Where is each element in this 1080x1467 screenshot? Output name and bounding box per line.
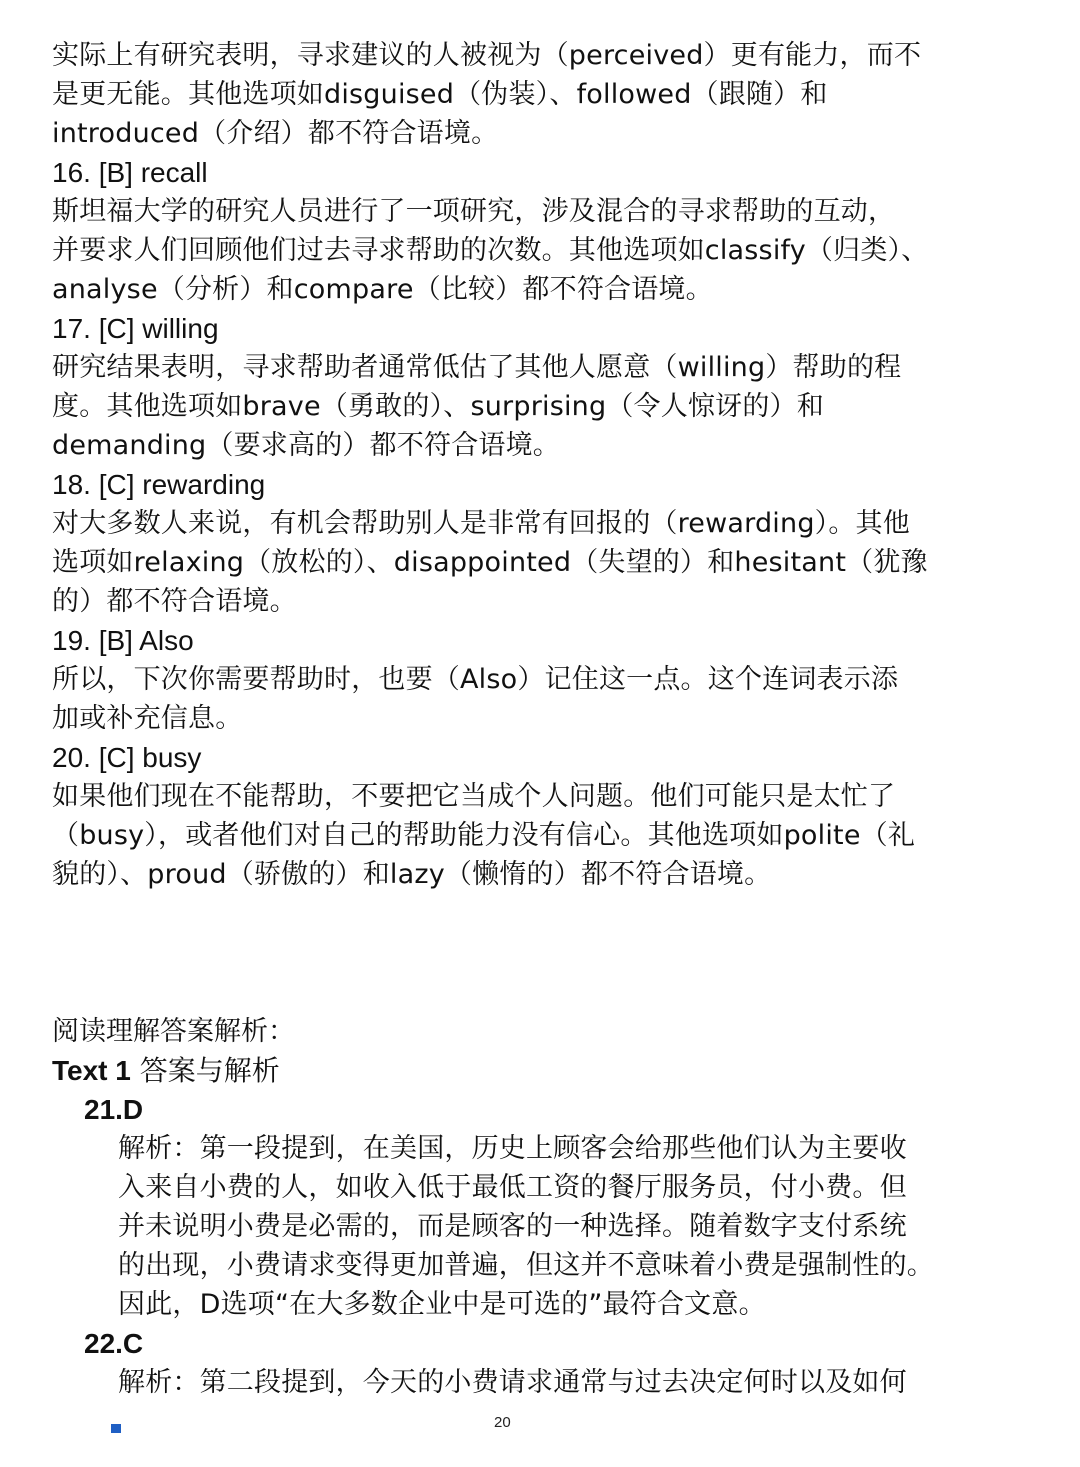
text-1-subtitle: 答案与解析 (131, 1054, 280, 1087)
section-title: 阅读理解答案解析： (52, 1012, 1042, 1051)
paragraph-line: 貌的）、proud（骄傲的）和lazy（懒惰的）都不符合语境。 (52, 855, 1042, 894)
answer-explanation-21: 解析：第一段提到，在美国，历史上顾客会给那些他们认为主要收 入来自小费的人，如收… (52, 1129, 1042, 1324)
answer-header-22: 22.C (52, 1324, 1042, 1363)
paragraph-line: 度。其他选项如brave（勇敢的）、surprising（令人惊讶的）和 (52, 387, 1042, 426)
question-header-16: 16. [B] recall (52, 153, 1042, 192)
question-explanation-18: 对大多数人来说，有机会帮助别人是非常有回报的（rewarding）。其他 选项如… (52, 504, 1042, 621)
question-header-19: 19. [B] Also (52, 621, 1042, 660)
text-1-title: Text 1 答案与解析 (52, 1051, 1042, 1090)
document-page: 实际上有研究表明，寻求建议的人被视为（perceived）更有能力，而不 是更无… (52, 36, 1042, 1402)
paragraph-line: 选项如relaxing（放松的）、disappointed（失望的）和hesit… (52, 543, 1042, 582)
paragraph-line: 并要求人们回顾他们过去寻求帮助的次数。其他选项如classify（归类）、 (52, 231, 1042, 270)
answer-explanation-22: 解析：第二段提到，今天的小费请求通常与过去决定何时以及如何 (52, 1363, 1042, 1402)
question-header-18: 18. [C] rewarding (52, 465, 1042, 504)
paragraph-line: 加或补充信息。 (52, 699, 1042, 738)
paragraph-line: 实际上有研究表明，寻求建议的人被视为（perceived）更有能力，而不 (52, 36, 1042, 75)
paragraph-line: （busy），或者他们对自己的帮助能力没有信心。其他选项如polite（礼 (52, 816, 1042, 855)
paragraph-line: introduced（介绍）都不符合语境。 (52, 114, 1042, 153)
paragraph-line: 斯坦福大学的研究人员进行了一项研究，涉及混合的寻求帮助的互动， (52, 192, 1042, 231)
paragraph-line: 的出现，小费请求变得更加普遍，但这并不意味着小费是强制性的。 (118, 1246, 1042, 1285)
paragraph-line: 是更无能。其他选项如disguised（伪装）、followed（跟随）和 (52, 75, 1042, 114)
paragraph-line: 对大多数人来说，有机会帮助别人是非常有回报的（rewarding）。其他 (52, 504, 1042, 543)
question-header-20: 20. [C] busy (52, 738, 1042, 777)
section-spacer (52, 894, 1042, 1012)
paragraph-line: 的）都不符合语境。 (52, 582, 1042, 621)
question-header-17: 17. [C] willing (52, 309, 1042, 348)
paragraph-line: demanding（要求高的）都不符合语境。 (52, 426, 1042, 465)
page-number: 20 (494, 1414, 511, 1431)
question-explanation-17: 研究结果表明，寻求帮助者通常低估了其他人愿意（willing）帮助的程 度。其他… (52, 348, 1042, 465)
question-explanation-19: 所以，下次你需要帮助时，也要（Also）记住这一点。这个连词表示添 加或补充信息… (52, 660, 1042, 738)
question-explanation-20: 如果他们现在不能帮助，不要把它当成个人问题。他们可能只是太忙了 （busy），或… (52, 777, 1042, 894)
paragraph-line: 因此，D选项“在大多数企业中是可选的”最符合文意。 (118, 1285, 1042, 1324)
paragraph-line: 解析：第一段提到，在美国，历史上顾客会给那些他们认为主要收 (118, 1129, 1042, 1168)
text-1-label: Text 1 (52, 1055, 131, 1086)
question-explanation-16: 斯坦福大学的研究人员进行了一项研究，涉及混合的寻求帮助的互动， 并要求人们回顾他… (52, 192, 1042, 309)
intro-paragraph: 实际上有研究表明，寻求建议的人被视为（perceived）更有能力，而不 是更无… (52, 36, 1042, 153)
paragraph-line: 解析：第二段提到，今天的小费请求通常与过去决定何时以及如何 (118, 1363, 1042, 1402)
paragraph-line: 研究结果表明，寻求帮助者通常低估了其他人愿意（willing）帮助的程 (52, 348, 1042, 387)
answer-header-21: 21.D (52, 1090, 1042, 1129)
paragraph-line: 所以，下次你需要帮助时，也要（Also）记住这一点。这个连词表示添 (52, 660, 1042, 699)
paragraph-line: analyse（分析）和compare（比较）都不符合语境。 (52, 270, 1042, 309)
blue-square-marker-icon (111, 1424, 121, 1433)
paragraph-line: 入来自小费的人，如收入低于最低工资的餐厅服务员，付小费。但 (118, 1168, 1042, 1207)
paragraph-line: 并未说明小费是必需的，而是顾客的一种选择。随着数字支付系统 (118, 1207, 1042, 1246)
paragraph-line: 如果他们现在不能帮助，不要把它当成个人问题。他们可能只是太忙了 (52, 777, 1042, 816)
